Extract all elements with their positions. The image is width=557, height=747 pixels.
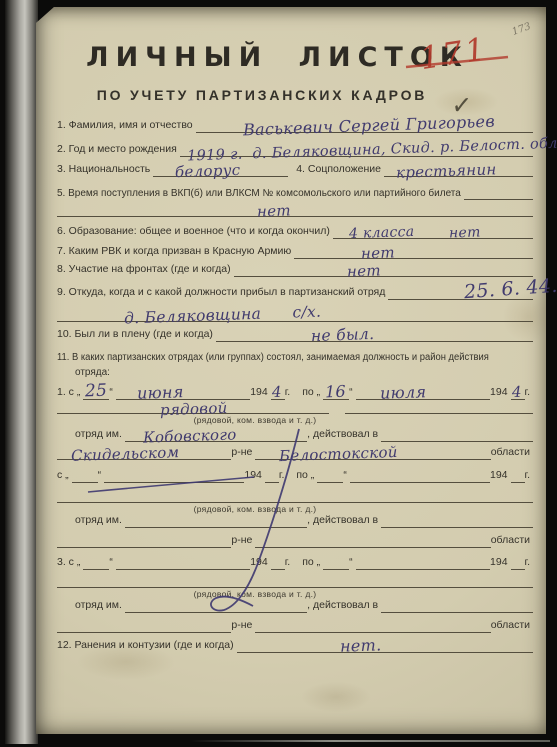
field-4-value: крестьянин xyxy=(396,161,497,181)
entry-1-oblast: Белостокской xyxy=(279,443,398,464)
field-5-answer-row: нет xyxy=(57,198,533,217)
entry-2-district-line xyxy=(57,529,231,548)
field-1-row: 1. Фамилия, имя и отчество Васькевич Сер… xyxy=(57,113,533,133)
entry-3-acted-line xyxy=(381,594,533,613)
entry-1-district-row: Скидельском р-не Белостокской области xyxy=(57,440,533,460)
entry-2-district-row: р-не области xyxy=(57,528,533,548)
field-9-row: 9. Откуда, когда и с какой должности при… xyxy=(57,280,533,300)
entry-1-position-line: рядовой xyxy=(57,395,329,414)
field-9-line: 25. 6. 44. xyxy=(388,281,533,300)
entry-3-to-year-slot xyxy=(511,551,525,570)
oblast-label: области xyxy=(491,620,533,633)
entry-3-dates-row: 3. с „ “ 194 г. по „ “ 194 г. xyxy=(57,550,533,570)
entry-3-position-row xyxy=(57,570,533,588)
document-subtitle: ПО УЧЕТУ ПАРТИЗАНСКИХ КАДРОВ xyxy=(62,87,462,103)
field-9-label: 9. Откуда, когда и с какой должности при… xyxy=(57,287,388,300)
entry-3-district-row: р-не области xyxy=(57,613,533,633)
field-3-4-row: 3. Национальность белорус 4. Соцположени… xyxy=(57,157,533,177)
entry-3-to-month-line xyxy=(356,551,490,570)
field-9-line2: д. Беляковщина с/х. xyxy=(57,303,533,322)
entry-3-oblast-line xyxy=(255,614,490,633)
oblast-label: области xyxy=(491,447,533,460)
year-suffix: г. xyxy=(525,470,533,483)
entry-2-from-month-line xyxy=(104,464,244,483)
acted-label: , действовал в xyxy=(307,515,381,528)
scanned-document: 173 ЛИЧНЫЙ ЛИСТОК 171 ПО УЧЕТУ ПАРТИЗАНС… xyxy=(0,0,557,747)
entry-3-to-day-slot xyxy=(323,551,349,570)
entry-2-unit-row: отряд им. , действовал в xyxy=(75,508,533,528)
field-6-row: 6. Образование: общее и военное (что и к… xyxy=(57,219,533,239)
rne-label: р-не xyxy=(231,535,255,548)
entry-3-from-month-line xyxy=(116,551,250,570)
rne-label: р-не xyxy=(231,620,255,633)
entry-2-unit-line xyxy=(125,509,307,528)
field-10-label: 10. Был ли в плену (где и когда) xyxy=(57,329,216,342)
entry-3-unit-row: отряд им. , действовал в xyxy=(75,593,533,613)
entry-3-from-year-slot xyxy=(271,551,285,570)
field-4-line: крестьянин xyxy=(384,158,533,177)
field-1-label: 1. Фамилия, имя и отчество xyxy=(57,120,196,133)
entry-3-unit-line xyxy=(125,594,307,613)
field-12-label: 12. Ранения и контузии (где и когда) xyxy=(57,640,237,653)
unit-label: отряд им. xyxy=(75,600,125,613)
oblast-label: области xyxy=(491,535,533,548)
field-7-row: 7. Каким РВК и когда призван в Красную А… xyxy=(57,239,533,259)
field-12-line: нет. xyxy=(237,634,533,653)
entry-2-oblast-line xyxy=(255,529,490,548)
entry-1-district-line: Скидельском xyxy=(57,441,231,460)
year-printed: 194 xyxy=(490,470,511,483)
field-2-label: 2. Год и место рождения xyxy=(57,144,180,157)
field-3-value: белорус xyxy=(175,161,241,180)
field-11-label-line1: 11. В каких партизанских отрядах (или гр… xyxy=(57,352,489,363)
entry-2-to-year-slot xyxy=(511,464,525,483)
entry-1-district: Скидельском xyxy=(71,444,180,464)
entry-2-to-day-slot xyxy=(317,464,343,483)
rne-label: р-не xyxy=(231,447,255,460)
page-bottom-edge xyxy=(190,740,550,742)
field-8-line: нет xyxy=(234,258,533,277)
field-5-value: нет xyxy=(257,202,291,220)
entry-3-position-line xyxy=(57,569,533,588)
entry-2-position-line xyxy=(57,484,533,503)
field-3-label: 3. Национальность xyxy=(57,164,153,177)
entry-3-from-day-slot xyxy=(83,551,109,570)
unit-label: отряд им. xyxy=(75,515,125,528)
field-3-line: белорус xyxy=(153,158,288,177)
field-5-row: 5. Время поступления в ВКП(б) или ВЛКСМ … xyxy=(57,180,533,200)
field-1-line: Васькевич Сергей Григорьев xyxy=(196,114,533,133)
entry-1-position-line-right xyxy=(345,395,533,414)
entry-2-position-row xyxy=(57,485,533,503)
field-12-row: 12. Ранения и контузии (где и когда) нет… xyxy=(57,633,533,653)
field-6-line: 4 класса нет xyxy=(333,220,533,239)
field-9-answer-row: д. Беляковщина с/х. xyxy=(57,302,533,322)
acted-label: , действовал в xyxy=(307,600,381,613)
entry-2-dates-row: с „ “ 194 г. по „ “ 194 г. xyxy=(57,463,533,483)
po-label: по „ xyxy=(296,470,317,483)
field-4-label: 4. Соцположение xyxy=(296,164,384,177)
entry-2-from-year-slot xyxy=(265,464,279,483)
field-2-line: 1919 г. д. Беляковщина, Скид. р. Белост.… xyxy=(180,138,533,157)
field-10-value: не был. xyxy=(311,326,375,345)
entry-2-acted-line xyxy=(381,509,533,528)
entry-1-position-row: рядовой xyxy=(57,396,533,414)
field-11-label-line2: отряда: xyxy=(75,367,110,378)
entry-2-to-month-line xyxy=(350,464,490,483)
field-8-value: нет xyxy=(347,262,381,280)
field-10-line: не был. xyxy=(216,323,533,342)
entry-2-from-day-slot xyxy=(72,464,98,483)
field-5-line: нет xyxy=(57,198,533,217)
year-printed: 194 xyxy=(244,470,265,483)
entry-2-prefix: с „ xyxy=(57,470,72,483)
field-10-row: 10. Был ли в плену (где и когда) не был. xyxy=(57,322,533,342)
year-suffix: г. xyxy=(279,470,287,483)
book-binding-edge xyxy=(5,0,38,744)
field-2-row: 2. Год и место рождения 1919 г. д. Беляк… xyxy=(57,137,533,157)
field-8-label: 8. Участие на фронтах (где и когда) xyxy=(57,264,234,277)
field-12-value: нет. xyxy=(340,637,382,656)
entry-1-unit-row: отряд им. Кобовского , действовал в xyxy=(75,422,533,442)
entry-1-oblast-line: Белостокской xyxy=(255,441,490,460)
field-6-label: 6. Образование: общее и военное (что и к… xyxy=(57,226,333,239)
entry-3-district-line xyxy=(57,614,231,633)
field-8-row: 8. Участие на фронтах (где и когда) нет xyxy=(57,257,533,277)
